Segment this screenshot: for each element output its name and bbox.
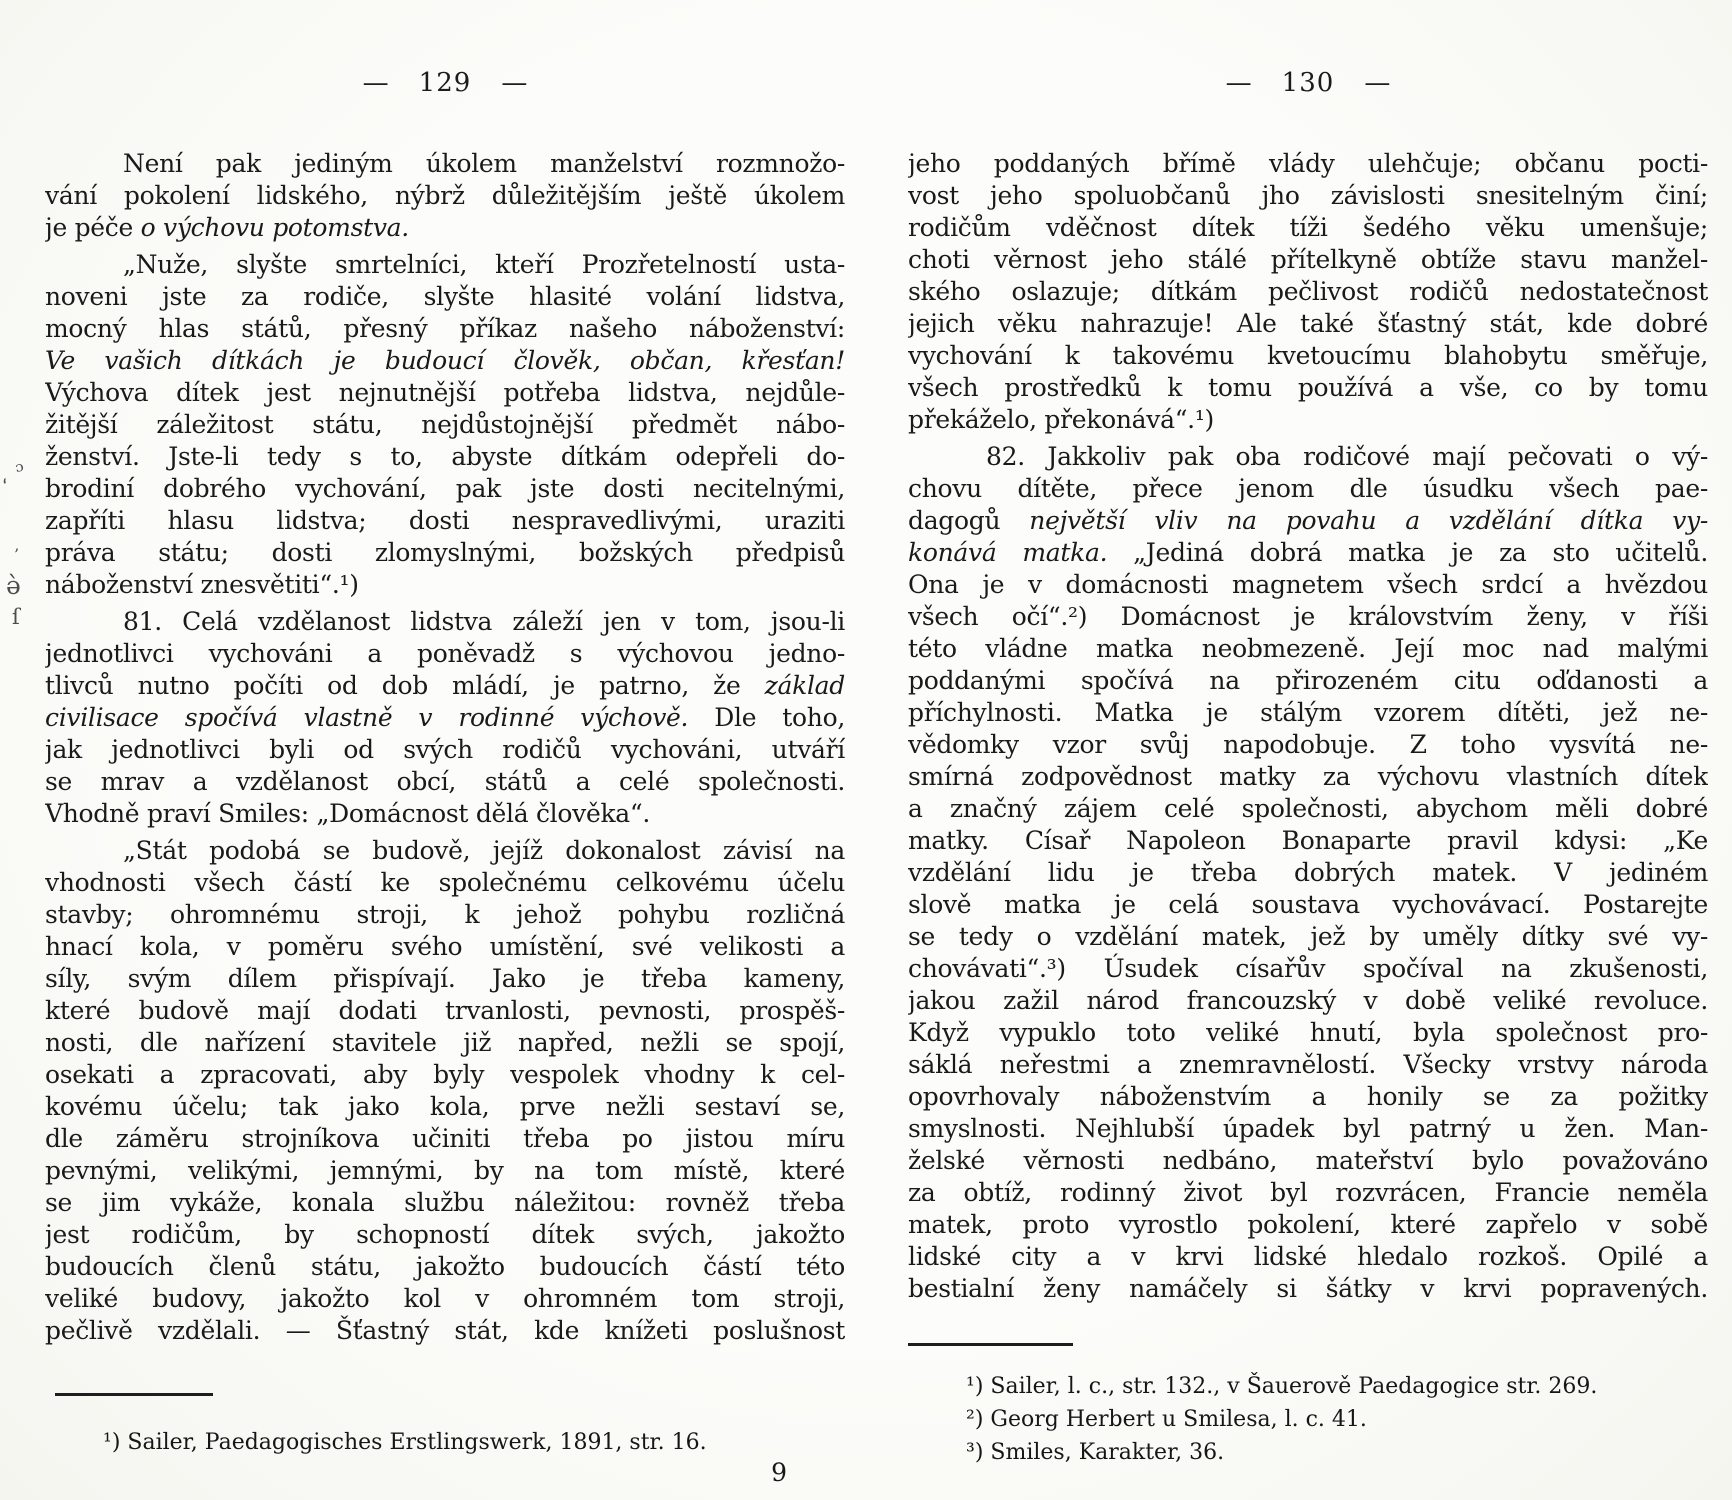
paragraph: „Nuže, slyšte smrtelníci, kteří Prozřete… (45, 249, 845, 601)
body-text: vost jeho spoluobčanů jho závislosti sne… (908, 181, 1708, 210)
body-text: vání pokolení lidského, nýbrž důležitějš… (45, 181, 845, 210)
text-line: civilisace spočívá vlastně v rodinné výc… (45, 702, 845, 734)
italic-text: konává matka. (908, 538, 1107, 567)
body-text: chovu dítěte, přece jenom dle úsudku vše… (908, 474, 1708, 503)
body-text: se jim vykáže, konala službu náležitou: … (45, 1188, 845, 1217)
page-129: —129— Není pak jediným úkolem manželství… (45, 62, 845, 1459)
page-number: 129 (419, 68, 472, 98)
text-line: jednotlivci vychováni a poněvadž s výcho… (45, 638, 845, 670)
body-text: jak jednotlivci byli od svých rodičů vyc… (45, 735, 845, 764)
body-text: překáželo, překonává“.¹) (908, 405, 1214, 434)
paragraph: Není pak jediným úkolem manželství rozmn… (45, 148, 845, 244)
text-line: lidské city a v krvi lidské hledalo rozk… (908, 1241, 1708, 1273)
text-line: nosti, dle nařízení stavitele již napřed… (45, 1027, 845, 1059)
body-text: práva státu; dosti zlomyslnými, božských… (45, 538, 845, 567)
header-dash-right: — (1364, 68, 1390, 98)
text-line: ského oslazuje; dítkám pečlivost rodičů … (908, 276, 1708, 308)
body-text: kovému účelu; tak jako kola, prve nežli … (45, 1092, 845, 1121)
body-text: které budově mají dodati trvanlosti, pev… (45, 996, 845, 1025)
footnote: ²) Georg Herbert u Smilesa, l. c. 41. (966, 1403, 1708, 1436)
page-header: —129— (45, 62, 845, 98)
text-line: dle záměru strojníkova učiniti třeba po … (45, 1123, 845, 1155)
body-text: nosti, dle nařízení stavitele již napřed… (45, 1028, 845, 1057)
text-line: sáklá neřestmi a znemravnělostí. Všecky … (908, 1049, 1708, 1081)
text-line: Ona je v domácnosti magnetem všech srdcí… (908, 569, 1708, 601)
body-text: matek, proto vyrostlo pokolení, které za… (908, 1210, 1708, 1239)
text-line: „Nuže, slyšte smrtelníci, kteří Prozřete… (45, 249, 845, 281)
text-line: Ve vašich dítkách je budoucí člověk, obč… (45, 345, 845, 377)
body-text: všech očí“.²) Domácnost je královstvím ž… (908, 602, 1708, 631)
text-line: choti věrnost jeho stálé přítelkyně obtí… (908, 244, 1708, 276)
body-text: síly, svým dílem přispívají. Jako je tře… (45, 964, 845, 993)
text-line: „Stát podobá se budově, jejíž dokonalost… (45, 835, 845, 867)
body-text: jakou zažil národ francouzský v době vel… (908, 986, 1708, 1015)
body-text: veliké budovy, jakožto kol v ohromném to… (45, 1284, 845, 1313)
text-line: dagogů největší vliv na povahu a vzdělán… (908, 505, 1708, 537)
text-line: brodiní dobrého vychování, pak jste dost… (45, 473, 845, 505)
footnote-separator (908, 1343, 1073, 1346)
italic-text: o výchovu potomstva. (141, 213, 409, 242)
body-text: hnací kola, v poměru svého umístění, své… (45, 932, 845, 961)
text-line: 81. Celá vzdělanost lidstva záleží jen v… (45, 606, 845, 638)
italic-text: největší vliv na povahu a vzdělání dítka… (1029, 506, 1708, 535)
text-line: a značný zájem celé společnosti, abychom… (908, 793, 1708, 825)
header-dash-left: — (1226, 68, 1252, 98)
body-text: dagogů (908, 506, 1029, 535)
text-line: se jim vykáže, konala službu náležitou: … (45, 1187, 845, 1219)
text-line: stavby; ohromnému stroji, k jehož pohybu… (45, 899, 845, 931)
body-text: pečlivě vzdělali. — Šťastný stát, kde kn… (45, 1316, 845, 1345)
text-line: matek, proto vyrostlo pokolení, které za… (908, 1209, 1708, 1241)
footnote: ¹) Sailer, l. c., str. 132., v Šauerově … (966, 1370, 1708, 1403)
text-line: budoucích členů státu, jakožto budoucích… (45, 1251, 845, 1283)
text-line: želské věrnosti nedbáno, mateřství bylo … (908, 1145, 1708, 1177)
page-header: —130— (908, 62, 1708, 98)
body-text: 81. Celá vzdělanost lidstva záleží jen v… (123, 607, 845, 636)
footnotes: ¹) Sailer, l. c., str. 132., v Šauerově … (908, 1370, 1708, 1469)
text-line: Není pak jediným úkolem manželství rozmn… (45, 148, 845, 180)
body-text: mocný hlas států, přesný příkaz našeho n… (45, 314, 845, 343)
body-text: jest rodičům, by schopností dítek svých,… (45, 1220, 845, 1249)
body-text: za obtíž, rodinný život byl rozvrácen, F… (908, 1178, 1708, 1207)
body-text: „Stát podobá se budově, jejíž dokonalost… (123, 836, 845, 865)
body-text: vychování k takovému kvetoucímu blahobyt… (908, 341, 1708, 370)
text-line: jest rodičům, by schopností dítek svých,… (45, 1219, 845, 1251)
text-line: práva státu; dosti zlomyslnými, božských… (45, 537, 845, 569)
body-text: dle záměru strojníkova učiniti třeba po … (45, 1124, 845, 1153)
text-line: všech prostředků k tomu používá a vše, c… (908, 372, 1708, 404)
header-dash-right: — (501, 68, 527, 98)
text-line: se mrav a vzdělanost obcí, států a celé … (45, 766, 845, 798)
italic-text: civilisace spočívá vlastně v rodinné výc… (45, 703, 688, 732)
body-text: stavby; ohromnému stroji, k jehož pohybu… (45, 900, 845, 929)
text-line: konává matka. „Jediná dobrá matka je za … (908, 537, 1708, 569)
body-text: osekati a zpracovati, aby byly vespolek … (45, 1060, 845, 1089)
text-line: jejich věku nahrazuje! Ale také šťastný … (908, 308, 1708, 340)
body-text: choti věrnost jeho stálé přítelkyně obtí… (908, 245, 1708, 274)
text-line: bestialní ženy namáčely si šátky v krvi … (908, 1273, 1708, 1305)
body-text: noveni jste za rodiče, slyšte hlasité vo… (45, 282, 845, 311)
body-text: smírná zodpovědnost matky za výchovu vla… (908, 762, 1708, 791)
text-line: síly, svým dílem přispívají. Jako je tře… (45, 963, 845, 995)
text-line: se tedy o vzdělání matek, jež by uměly d… (908, 921, 1708, 953)
body-text: „Nuže, slyšte smrtelníci, kteří Prozřete… (123, 250, 845, 279)
body-text: rodičům vděčnost dítek tíži šedého věku … (908, 213, 1708, 242)
body-text: jednotlivci vychováni a poněvadž s výcho… (45, 639, 845, 668)
page-body: jeho poddaných břímě vlády ulehčuje; obč… (908, 148, 1708, 1305)
body-text: smyslnosti. Nejhlubší úpadek byl patrný … (908, 1114, 1708, 1143)
paragraph: 82. Jakkoliv pak oba rodičové mají pečov… (908, 441, 1708, 1305)
footnote-separator (55, 1393, 213, 1396)
body-text: Není pak jediným úkolem manželství rozmn… (123, 149, 845, 178)
body-text: opovrhovaly náboženstvím a honily se za … (908, 1082, 1708, 1111)
paragraph: 81. Celá vzdělanost lidstva záleží jen v… (45, 606, 845, 830)
body-text: této vládne matka neobmezeně. Její moc n… (908, 634, 1708, 663)
body-text: želské věrnosti nedbáno, mateřství bylo … (908, 1146, 1708, 1175)
body-text: zapříti hlasu lidstva; dosti nespravedli… (45, 506, 845, 535)
body-text: Výchova dítek jest nejnutnější potřeba l… (45, 378, 845, 407)
body-text: budoucích členů státu, jakožto budoucích… (45, 1252, 845, 1281)
body-text: sáklá neřestmi a znemravnělostí. Všecky … (908, 1050, 1708, 1079)
text-line: matky. Císař Napoleon Bonaparte pravil k… (908, 825, 1708, 857)
text-line: smyslnosti. Nejhlubší úpadek byl patrný … (908, 1113, 1708, 1145)
text-line: rodičům vděčnost dítek tíži šedého věku … (908, 212, 1708, 244)
text-line: ženství. Jste-li tedy s to, abyste dítká… (45, 441, 845, 473)
text-line: opovrhovaly náboženstvím a honily se za … (908, 1081, 1708, 1113)
text-line: chovu dítěte, přece jenom dle úsudku vše… (908, 473, 1708, 505)
text-line: pečlivě vzdělali. — Šťastný stát, kde kn… (45, 1315, 845, 1347)
body-text: jejich věku nahrazuje! Ale také šťastný … (908, 309, 1708, 338)
body-text: příchylnosti. Matka je stálým vzorem dít… (908, 698, 1708, 727)
body-text: vědomky vzor svůj napodobuje. Z toho vys… (908, 730, 1708, 759)
text-line: vhodnosti všech částí ke společnému celk… (45, 867, 845, 899)
body-text: je péče (45, 213, 141, 242)
text-line: náboženství znesvětiti“.¹) (45, 569, 845, 601)
text-line: za obtíž, rodinný život byl rozvrácen, F… (908, 1177, 1708, 1209)
text-line: hnací kola, v poměru svého umístění, své… (45, 931, 845, 963)
body-text: pevnými, velikými, jemnými, by na tom mí… (45, 1156, 845, 1185)
paragraph: jeho poddaných břímě vlády ulehčuje; obč… (908, 148, 1708, 436)
page-body: Není pak jediným úkolem manželství rozmn… (45, 148, 845, 1347)
text-line: všech očí“.²) Domácnost je královstvím ž… (908, 601, 1708, 633)
body-text: Vhodně praví Smiles: „Domácnost dělá člo… (45, 799, 650, 828)
text-line: vzdělání lidu je třeba dobrých matek. V … (908, 857, 1708, 889)
body-text: Ona je v domácnosti magnetem všech srdcí… (908, 570, 1708, 599)
body-text: vzdělání lidu je třeba dobrých matek. V … (908, 858, 1708, 887)
text-line: noveni jste za rodiče, slyšte hlasité vo… (45, 281, 845, 313)
text-line: které budově mají dodati trvanlosti, pev… (45, 995, 845, 1027)
body-text: brodiní dobrého vychování, pak jste dost… (45, 474, 845, 503)
text-line: této vládne matka neobmezeně. Její moc n… (908, 633, 1708, 665)
italic-text: Ve vašich dítkách je budoucí člověk, obč… (45, 346, 845, 375)
text-line: tlivců nutno počíti od dob mládí, je pat… (45, 670, 845, 702)
footnotes: ¹) Sailer, Paedagogisches Erstlingswerk,… (45, 1426, 845, 1459)
text-line: 82. Jakkoliv pak oba rodičové mají pečov… (908, 441, 1708, 473)
body-text: všech prostředků k tomu používá a vše, c… (908, 373, 1708, 402)
margin-mark: ſ (12, 607, 20, 628)
text-line: jak jednotlivci byli od svých rodičů vyc… (45, 734, 845, 766)
text-line: Vhodně praví Smiles: „Domácnost dělá člo… (45, 798, 845, 830)
body-text: žitější záležitost státu, nejdůstojnější… (45, 410, 845, 439)
text-line: je péče o výchovu potomstva. (45, 212, 845, 244)
body-text: se tedy o vzdělání matek, jež by uměly d… (908, 922, 1708, 951)
body-text: jeho poddaných břímě vlády ulehčuje; obč… (908, 149, 1708, 178)
body-text: ského oslazuje; dítkám pečlivost rodičů … (908, 277, 1708, 306)
body-text: a značný zájem celé společnosti, abychom… (908, 794, 1708, 823)
text-line: slově matka je celá soustava vychovávací… (908, 889, 1708, 921)
text-line: příchylnosti. Matka je stálým vzorem dít… (908, 697, 1708, 729)
margin-mark: ᵓ (14, 458, 27, 483)
text-line: vání pokolení lidského, nýbrž důležitějš… (45, 180, 845, 212)
page-130: —130— jeho poddaných břímě vlády ulehčuj… (908, 62, 1708, 1469)
body-text: náboženství znesvětiti“.¹) (45, 570, 359, 599)
text-line: chovávati“.³) Úsudek císařův spočíval na… (908, 953, 1708, 985)
text-line: vědomky vzor svůj napodobuje. Z toho vys… (908, 729, 1708, 761)
body-text: ženství. Jste-li tedy s to, abyste dítká… (45, 442, 845, 471)
text-line: poddanými spočívá na přirozeném citu oďd… (908, 665, 1708, 697)
text-line: mocný hlas států, přesný příkaz našeho n… (45, 313, 845, 345)
text-line: pevnými, velikými, jemnými, by na tom mí… (45, 1155, 845, 1187)
margin-mark: ’ (14, 547, 19, 563)
text-line: jakou zažil národ francouzský v době vel… (908, 985, 1708, 1017)
italic-text: základ (765, 671, 845, 700)
text-line: jeho poddaných břímě vlády ulehčuje; obč… (908, 148, 1708, 180)
text-line: vost jeho spoluobčanů jho závislosti sne… (908, 180, 1708, 212)
footnote: ¹) Sailer, Paedagogisches Erstlingswerk,… (103, 1426, 845, 1459)
body-text: „Jediná dobrá matka je za sto učitelů. (1107, 538, 1708, 567)
body-text: slově matka je celá soustava vychovávací… (908, 890, 1708, 919)
body-text: chovávati“.³) Úsudek císařův spočíval na… (908, 954, 1708, 983)
page-number: 130 (1282, 68, 1335, 98)
body-text: poddanými spočívá na přirozeném citu oďd… (908, 666, 1708, 695)
margin-mark: ʻ (0, 476, 13, 497)
body-text: vhodnosti všech částí ke společnému celk… (45, 868, 845, 897)
text-line: zapříti hlasu lidstva; dosti nespravedli… (45, 505, 845, 537)
text-line: smírná zodpovědnost matky za výchovu vla… (908, 761, 1708, 793)
header-dash-left: — (363, 68, 389, 98)
body-text: Dle toho, (688, 703, 845, 732)
margin-mark: ə̀ (6, 573, 21, 598)
paragraph: „Stát podobá se budově, jejíž dokonalost… (45, 835, 845, 1347)
body-text: se mrav a vzdělanost obcí, států a celé … (45, 767, 845, 796)
body-text: Když vypuklo toto veliké hnutí, byla spo… (908, 1018, 1708, 1047)
text-line: překáželo, překonává“.¹) (908, 404, 1708, 436)
body-text: tlivců nutno počíti od dob mládí, je pat… (45, 671, 765, 700)
text-line: žitější záležitost státu, nejdůstojnější… (45, 409, 845, 441)
text-line: Výchova dítek jest nejnutnější potřeba l… (45, 377, 845, 409)
text-line: kovému účelu; tak jako kola, prve nežli … (45, 1091, 845, 1123)
text-line: veliké budovy, jakožto kol v ohromném to… (45, 1283, 845, 1315)
text-line: osekati a zpracovati, aby byly vespolek … (45, 1059, 845, 1091)
text-line: Když vypuklo toto veliké hnutí, byla spo… (908, 1017, 1708, 1049)
body-text: lidské city a v krvi lidské hledalo rozk… (908, 1242, 1708, 1271)
body-text: matky. Císař Napoleon Bonaparte pravil k… (908, 826, 1708, 855)
body-text: 82. Jakkoliv pak oba rodičové mají pečov… (986, 442, 1708, 471)
footnote: ³) Smiles, Karakter, 36. (966, 1436, 1708, 1469)
text-line: vychování k takovému kvetoucímu blahobyt… (908, 340, 1708, 372)
signature-number: 9 (771, 1458, 787, 1487)
body-text: bestialní ženy namáčely si šátky v krvi … (908, 1274, 1708, 1303)
